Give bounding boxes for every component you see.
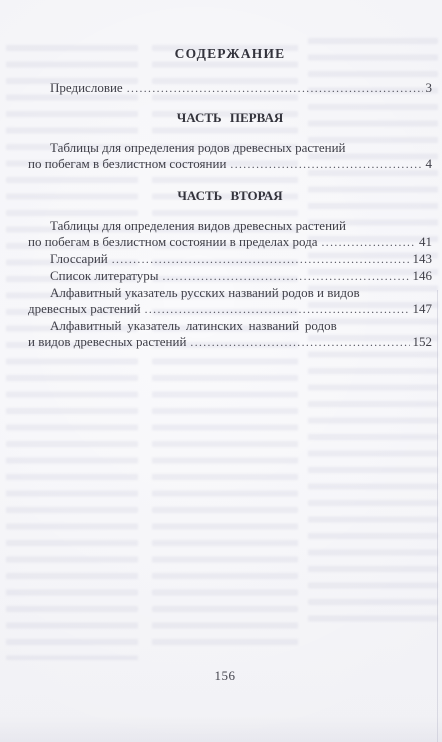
toc-entry-label: и видов древесных растений: [28, 334, 186, 350]
toc-entry-preface: Предисловие 3: [28, 80, 432, 97]
dot-leader: [230, 156, 422, 173]
dot-leader: [163, 268, 410, 285]
toc-entry-page: 4: [426, 156, 433, 172]
toc-entry-glossary: Глоссарий 143: [28, 251, 432, 268]
page-number: 156: [0, 668, 442, 684]
toc-entry-index-russian-line1: Алфавитный указатель русских названий ро…: [28, 285, 432, 301]
toc-entry-index-russian-line2: древесных растений 147: [28, 301, 432, 318]
dot-leader: [127, 80, 423, 97]
dot-leader: [322, 234, 416, 251]
toc-entry-part1-tables-line1: Таблицы для определения родов древесных …: [28, 140, 432, 156]
page-title: СОДЕРЖАНИЕ: [28, 46, 432, 62]
toc-entry-index-latin-line2: и видов древесных растений 152: [28, 334, 432, 351]
toc-entry-page: 143: [413, 251, 433, 267]
part2-heading: ЧАСТЬ ВТОРАЯ: [28, 188, 432, 204]
toc-entry-index-latin-line1: Алфавитный указатель латинских названий …: [28, 318, 432, 334]
dot-leader: [190, 334, 409, 351]
page-bottom-shadow: [0, 716, 442, 742]
toc-entry-page: 152: [413, 334, 433, 350]
scanned-book-page: СОДЕРЖАНИЕ Предисловие 3 ЧАСТЬ ПЕРВАЯ Та…: [0, 0, 442, 742]
toc-entry-part2-tables-line2: по побегам в безлистном состоянии в пред…: [28, 234, 432, 251]
toc-entry-label: Список литературы: [50, 268, 159, 284]
toc-entry-part1-tables-line2: по побегам в безлистном состоянии 4: [28, 156, 432, 173]
toc-entry-page: 3: [426, 80, 433, 96]
toc-entry-bibliography: Список литературы 146: [28, 268, 432, 285]
toc-entry-page: 146: [413, 268, 433, 284]
toc-entry-label: Глоссарий: [50, 251, 108, 267]
toc-entry-label: по побегам в безлистном состоянии: [28, 156, 226, 172]
toc-entry-label: по побегам в безлистном состоянии в пред…: [28, 234, 318, 250]
part1-heading: ЧАСТЬ ПЕРВАЯ: [28, 110, 432, 126]
toc-entry-page: 147: [413, 301, 433, 317]
toc-entry-label: древесных растений: [28, 301, 141, 317]
toc-entry-page: 41: [419, 234, 432, 250]
toc-entry-part2-tables-line1: Таблицы для определения видов древесных …: [28, 218, 432, 234]
dot-leader: [112, 251, 410, 268]
table-of-contents: СОДЕРЖАНИЕ Предисловие 3 ЧАСТЬ ПЕРВАЯ Та…: [0, 0, 442, 351]
toc-entry-label: Предисловие: [50, 80, 123, 96]
dot-leader: [145, 301, 410, 318]
